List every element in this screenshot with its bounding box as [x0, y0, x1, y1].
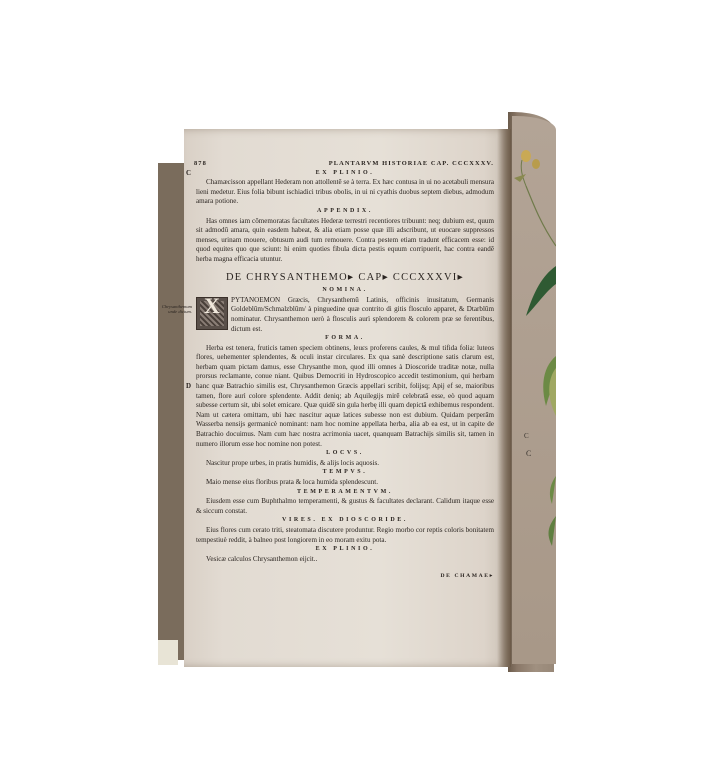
forma-block: D Herba est tenera, fruticis tamen speci… [196, 344, 494, 450]
section-text: Herba est tenera, fruticis tamen speciem… [196, 344, 494, 450]
margin-note: Chrysanthemum unde dictum. [152, 304, 192, 315]
section-heading: APPENDIX. [196, 207, 494, 217]
section-heading: NOMINA. [196, 286, 494, 296]
margin-mark-d: D [186, 382, 191, 392]
section-heading: EX PLINIO. [196, 545, 494, 555]
running-head: 878 PLANTARVM HISTORIAE CAP. CCCXXXV. [194, 159, 494, 169]
text-page: 878 PLANTARVM HISTORIAE CAP. CCCXXXV. C … [184, 129, 510, 667]
decorated-initial: X [196, 297, 228, 330]
running-title: PLANTARVM HISTORIAE CAP. CCCXXXV. [329, 159, 494, 169]
page-gutter [497, 129, 511, 667]
section-text: Eius flores cum cerato triti, steatomata… [196, 526, 494, 545]
section-heading: TEMPVS. [196, 468, 494, 478]
chapter-title: DE CHRYSANTHEMO▸ CAP▸ CCCXXXVI▸ [196, 273, 494, 283]
section-text: PYTANOEMON Græcis, Chrysanthemū Latinis,… [196, 296, 494, 334]
section-text: Eiusdem esse cum Buphthalmo temperamenti… [196, 497, 494, 516]
svg-text:C: C [524, 432, 529, 440]
section-text: Nascitur prope urbes, in pratis humidis,… [196, 459, 494, 469]
catchword: DE CHAMAE▸ [196, 572, 494, 582]
section-text: Maio mense eius floribus prata & loca hu… [196, 478, 494, 488]
section-heading: LOCVS. [196, 449, 494, 459]
section-heading: TEMPERAMENTVM. [196, 488, 494, 498]
svg-text:C: C [526, 449, 531, 458]
page-number: 878 [194, 159, 207, 169]
plant-illustration-icon: C C [512, 116, 556, 664]
page-content: 878 PLANTARVM HISTORIAE CAP. CCCXXXV. C … [196, 159, 494, 582]
section-text: Chamæcisson appellant Hederam non attoll… [196, 178, 494, 207]
section-text: Vesicæ calculos Chrysanthemon eijcit.. [196, 555, 494, 565]
facing-illustration-page: C C [512, 116, 556, 664]
section-text: Has omnes iam cōmemoratas facultates Hed… [196, 217, 494, 265]
book-page-stack-edge [158, 640, 178, 665]
nomina-block: Chrysanthemum unde dictum. X PYTANOEMON … [196, 296, 494, 334]
section-heading: VIRES. EX DIOSCORIDE. [196, 516, 494, 526]
margin-mark-c: C [186, 169, 191, 179]
section-heading: EX PLINIO. [196, 169, 494, 179]
section-heading: FORMA. [196, 334, 494, 344]
